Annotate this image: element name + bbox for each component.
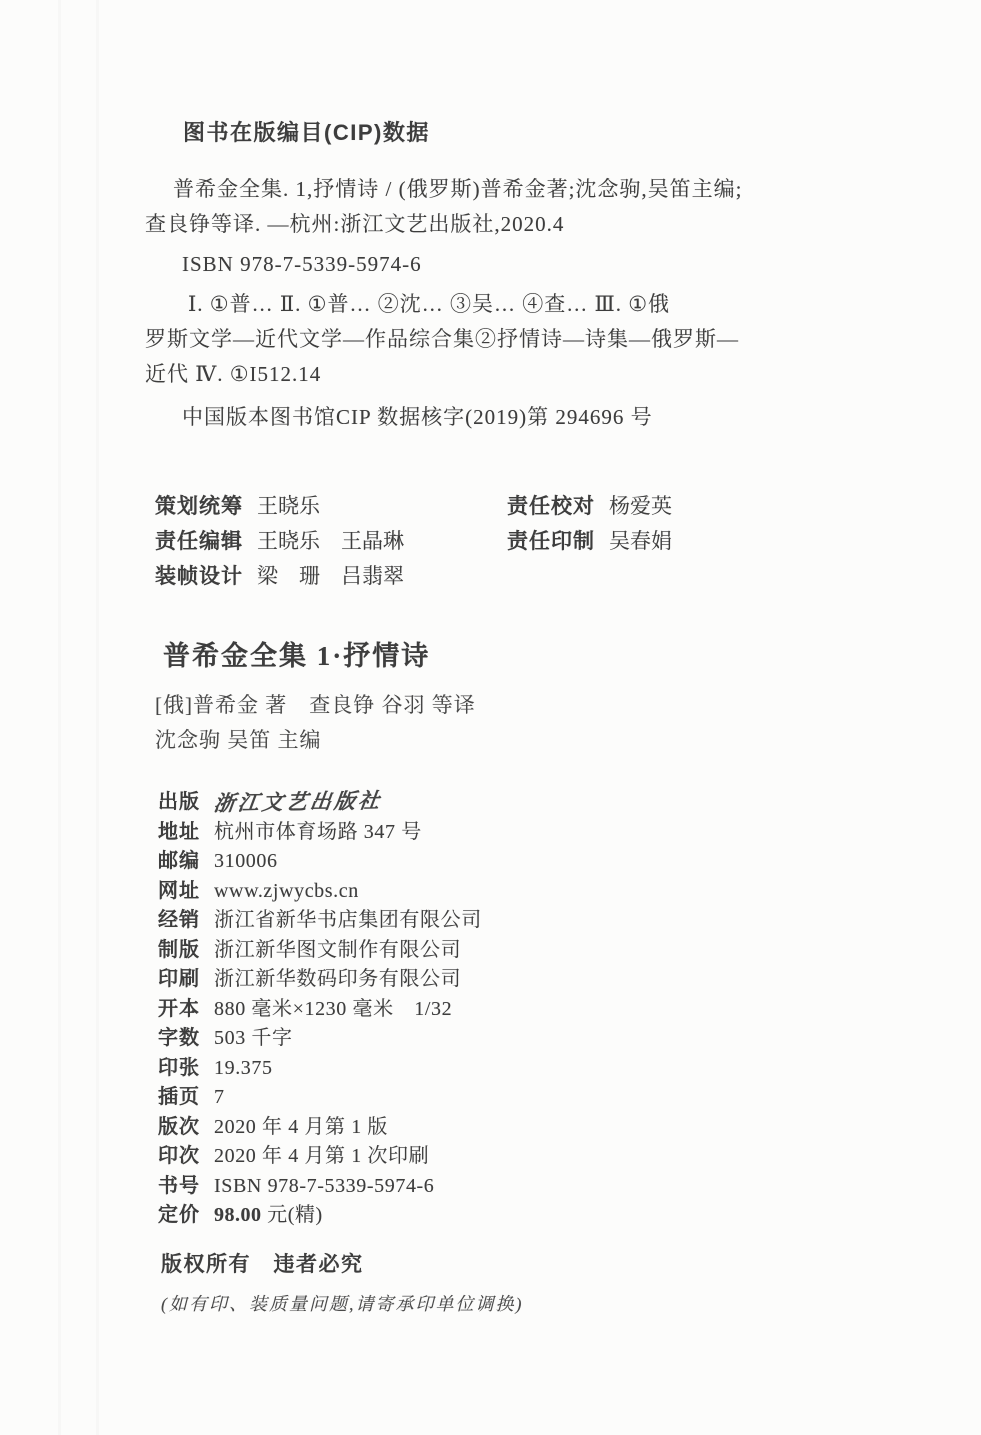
pub-value: ISBN 978-7-5339-5974-6: [214, 1172, 434, 1202]
book-editors: 沈念驹 吴笛 主编: [155, 723, 921, 758]
pub-row-plate-making: 制版 浙江新华图文制作有限公司: [158, 936, 921, 966]
pub-value: 杭州市体育场路 347 号: [214, 818, 422, 848]
staff-row: 装帧设计梁 珊 吕翡翠: [155, 559, 921, 594]
pub-row-book-number: 书号 ISBN 978-7-5339-5974-6: [158, 1172, 921, 1202]
staff-name: 王晓乐 王晶琳: [257, 529, 404, 553]
staff-name: 梁 珊 吕翡翠: [257, 564, 404, 588]
pub-label: 邮编: [158, 847, 202, 877]
title-block: 普希金全集 1·抒情诗 [俄]普希金 著 查良铮 谷羽 等译 沈念驹 吴笛 主编: [155, 638, 921, 758]
pub-row-inserts: 插页 7: [158, 1083, 921, 1113]
pub-label: 书号: [158, 1172, 202, 1202]
cip-classification-line2: 罗斯文学—近代文学—作品综合集②抒情诗—诗集—俄罗斯—: [145, 322, 921, 357]
staff-block: 策划统筹王晓乐 责任校对杨爱英 责任编辑王晓乐 王晶琳 责任印制吴春娟 装帧设计…: [155, 489, 921, 594]
staff-label-print-supervisor: 责任印制: [507, 530, 595, 553]
pub-row-edition: 版次 2020 年 4 月第 1 版: [158, 1113, 921, 1143]
cip-entry-line1: 普希金全集. 1,抒情诗 / (俄罗斯)普希金著;沈念驹,吴笛主编;: [145, 172, 921, 207]
scan-streak: [58, 0, 61, 1435]
staff-name: 王晓乐: [257, 494, 320, 518]
pub-value: 浙江新华图文制作有限公司: [214, 936, 461, 966]
book-authors: [俄]普希金 著 查良铮 谷羽 等译: [155, 688, 921, 723]
pub-label: 字数: [158, 1024, 202, 1054]
pub-value: 19.375: [214, 1054, 273, 1084]
book-title: 普希金全集 1·抒情诗: [163, 638, 921, 674]
pub-row-address: 地址 杭州市体育场路 347 号: [158, 818, 921, 848]
pub-row-sheets: 印张 19.375: [158, 1054, 921, 1084]
pub-row-word-count: 字数 503 千字: [158, 1024, 921, 1054]
pub-row-printing: 印刷 浙江新华数码印务有限公司: [158, 965, 921, 995]
pub-label: 印刷: [158, 965, 202, 995]
cip-classification-line1: Ⅰ. ①普… Ⅱ. ①普… ②沈… ③吴… ④查… Ⅲ. ①俄: [145, 287, 921, 322]
price-unit: 元(精): [262, 1204, 323, 1226]
pub-row-postcode: 邮编 310006: [158, 847, 921, 877]
pub-label: 经销: [158, 906, 202, 936]
cip-record-number: 中国版本图书馆CIP 数据核字(2019)第 294696 号: [145, 400, 921, 435]
exchange-note: (如有印、装质量问题,请寄承印单位调换): [161, 1289, 921, 1319]
pub-value: 浙江新华数码印务有限公司: [214, 965, 461, 995]
copyright-footer: 版权所有 违者必究 (如有印、装质量问题,请寄承印单位调换): [161, 1249, 921, 1319]
pub-value: 310006: [214, 847, 278, 877]
staff-name: 杨爱英: [609, 494, 672, 518]
pub-row-price: 定价 98.00 元(精): [158, 1201, 921, 1231]
pub-value: 880 毫米×1230 毫米 1/32: [214, 995, 452, 1025]
pub-row-website: 网址 www.zjwycbs.cn: [158, 877, 921, 907]
staff-label-editor: 责任编辑: [155, 530, 243, 553]
pub-label: 开本: [158, 995, 202, 1025]
pub-label: 插页: [158, 1083, 202, 1113]
cip-block: 图书在版编目(CIP)数据 普希金全集. 1,抒情诗 / (俄罗斯)普希金著;沈…: [145, 118, 921, 435]
pub-label: 印次: [158, 1142, 202, 1172]
pub-value: 2020 年 4 月第 1 版: [214, 1113, 388, 1143]
pub-row-format: 开本 880 毫米×1230 毫米 1/32: [158, 995, 921, 1025]
pub-label: 印张: [158, 1054, 202, 1084]
cip-isbn: ISBN 978-7-5339-5974-6: [145, 247, 921, 282]
pub-value: 浙江省新华书店集团有限公司: [214, 906, 482, 936]
staff-name: 吴春娟: [609, 529, 672, 553]
cip-entry-line2: 查良铮等译. —杭州:浙江文艺出版社,2020.4: [145, 207, 921, 242]
pub-label: 版次: [158, 1113, 202, 1143]
pub-row-distributor: 经销 浙江省新华书店集团有限公司: [158, 906, 921, 936]
pub-value: 503 千字: [214, 1024, 293, 1054]
publisher-logotype: 浙江文艺出版社: [212, 787, 384, 819]
copyright-notice: 版权所有 违者必究: [161, 1249, 921, 1281]
price-amount: 98.00: [214, 1204, 262, 1226]
pub-value: www.zjwycbs.cn: [214, 877, 359, 907]
pub-label: 地址: [158, 818, 202, 848]
scan-streak: [96, 0, 99, 1435]
pub-row-impression: 印次 2020 年 4 月第 1 次印刷: [158, 1142, 921, 1172]
staff-label-planning: 策划统筹: [155, 495, 243, 518]
book-copyright-page: 图书在版编目(CIP)数据 普希金全集. 1,抒情诗 / (俄罗斯)普希金著;沈…: [0, 0, 981, 1435]
pub-label: 出版: [158, 788, 202, 818]
cip-classification-line3: 近代 Ⅳ. ①I512.14: [145, 357, 921, 392]
cip-header: 图书在版编目(CIP)数据: [183, 118, 921, 148]
staff-label-design: 装帧设计: [155, 565, 243, 588]
pub-value: 7: [214, 1083, 225, 1113]
pub-label: 定价: [158, 1201, 202, 1231]
staff-row: 责任编辑王晓乐 王晶琳 责任印制吴春娟: [155, 524, 921, 559]
pub-value: 2020 年 4 月第 1 次印刷: [214, 1142, 429, 1172]
pub-label: 制版: [158, 936, 202, 966]
pub-value: 98.00 元(精): [214, 1201, 323, 1231]
publication-list: 出版 浙江文艺出版社 地址 杭州市体育场路 347 号 邮编 310006 网址…: [158, 788, 921, 1231]
staff-label-proofreading: 责任校对: [507, 495, 595, 518]
staff-row: 策划统筹王晓乐 责任校对杨爱英: [155, 489, 921, 524]
pub-row-publisher: 出版 浙江文艺出版社: [158, 788, 921, 818]
pub-label: 网址: [158, 877, 202, 907]
